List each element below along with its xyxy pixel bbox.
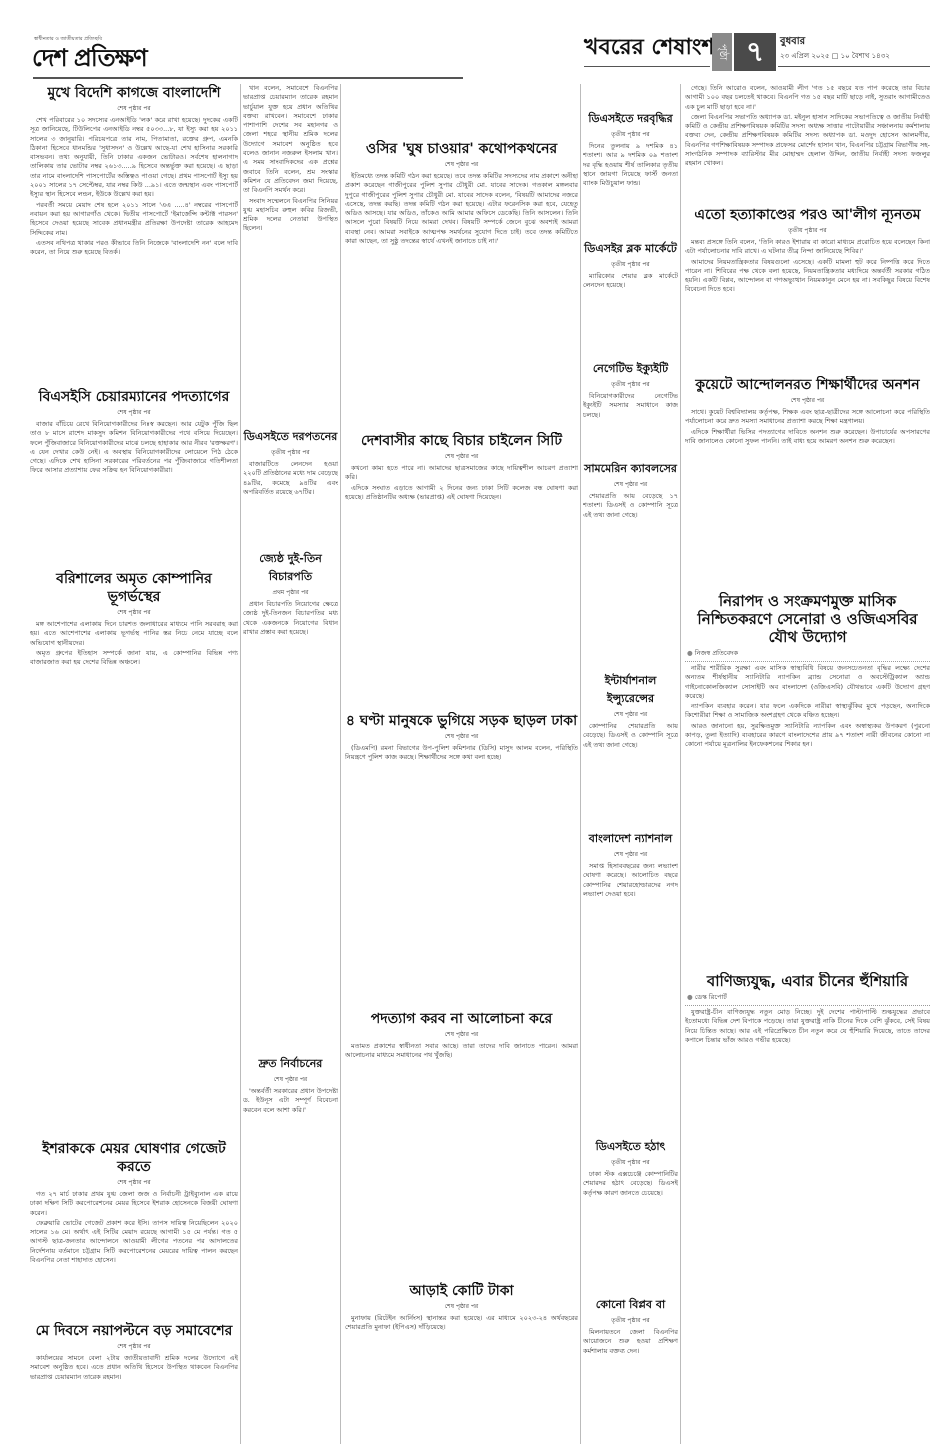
paragraph: এদিকে শিক্ষার্থীরা ভিসির পদত্যাগের দাবিত… bbox=[685, 428, 930, 447]
continuation-note: শেষ পৃষ্ঠার পর bbox=[30, 1341, 238, 1352]
paragraph: ম্যারিকোর শেয়ার ব্লক মার্কেটে লেনদেন হয… bbox=[583, 272, 678, 291]
article-body: কার্যালয়ের সামনে বেলা ২টায় জাতীয়তাবাদ… bbox=[30, 1354, 238, 1382]
continuation-note: তৃতীয় পৃষ্ঠার পর bbox=[685, 225, 930, 236]
paragraph: ন্যাপকিন ব্যবহার করেন। যার ফলে একদিকে না… bbox=[685, 702, 930, 721]
paragraph: মতামত প্রকাশের স্বাধীনতা সবার আছে। তারা … bbox=[345, 1042, 578, 1061]
paragraph: আমাদের নিয়মতান্ত্রিকতার বিষয়গুলো এসেছে… bbox=[685, 258, 930, 295]
continuation-note: শেষ পৃষ্ঠার পর bbox=[583, 479, 678, 490]
article-body: কখনো কাম্য হতে পারে না। আমাদের ছাত্রসমাজ… bbox=[345, 464, 578, 502]
article-body: সাথে। কুয়েট বিশ্ববিদ্যালয় কর্তৃপক্ষ, শ… bbox=[685, 408, 930, 446]
article[interactable]: মুখে বিদেশি কাগজে বাংলাদেশি শেষ পৃষ্ঠার … bbox=[30, 84, 238, 384]
paragraph: সমাপ্ত হিসাববছরের জন্য লভ্যাংশ ঘোষণা করে… bbox=[583, 862, 678, 899]
continuation-note: শেষ পৃষ্ঠার পর bbox=[345, 1029, 578, 1040]
byline: নিজস্ব প্রতিবেদক bbox=[687, 648, 930, 659]
article[interactable]: ডিএসইতে দরপতনের তৃতীয় পৃষ্ঠার পর বাজারট… bbox=[243, 428, 338, 548]
article-headline[interactable]: পদত্যাগ করব না আলোচনা করে bbox=[345, 1010, 578, 1028]
paragraph: আরও জানানো হয়, সুরক্ষিতমুক্ত স্যানিটারি… bbox=[685, 722, 930, 750]
article-headline[interactable]: ৪ ঘণ্টা মানুষকে ভুগিয়ে সড়ক ছাড়ল ঢাকা bbox=[345, 712, 578, 730]
article[interactable]: ডিএসইর ব্লক মার্কেটে তৃতীয় পৃষ্ঠার পর ম… bbox=[583, 240, 678, 360]
article-headline[interactable]: ডিএসইর ব্লক মার্কেটে bbox=[583, 240, 678, 258]
page-number: ৭ bbox=[734, 33, 776, 71]
paragraph: শেখ পরিবারের ১০ সদস্যের এনআইডি 'লক' করে … bbox=[30, 116, 238, 200]
continuation-note: তৃতীয় পৃষ্ঠার পর bbox=[243, 447, 338, 458]
paragraph: গত ২৭ মার্চ ঢাকার প্রথম যুগ্ম জেলা জজ ও … bbox=[30, 1190, 238, 1218]
paragraph: মন্তব্য প্রসঙ্গে তিনি বলেন, 'তিনি কারও ই… bbox=[685, 238, 930, 257]
paragraph: মুনাফায় (রিটেইন আর্নিংস) স্থানান্তর করা… bbox=[345, 1314, 578, 1333]
article-body: সমাপ্ত হিসাববছরের জন্য লভ্যাংশ ঘোষণা করে… bbox=[583, 862, 678, 899]
continuation-note: শেষ পৃষ্ঠার পর bbox=[583, 709, 678, 720]
column-divider bbox=[680, 84, 681, 1444]
article-headline[interactable]: ডিএসইতে হঠাৎ bbox=[583, 1138, 678, 1156]
article-headline[interactable]: আড়াই কোটি টাকা bbox=[345, 1282, 578, 1300]
paragraph: পরবর্তী সময়ে মেয়াদ শেষ হলে ২০১১ সালে '… bbox=[30, 201, 238, 238]
header-rule bbox=[584, 66, 710, 67]
continuation-note: তৃতীয় পৃষ্ঠার পর bbox=[583, 259, 678, 270]
article-body: কোম্পানির শেয়ারপ্রতি আয় বেড়েছে। ডিএসই… bbox=[583, 722, 678, 750]
article-headline[interactable]: দেশবাসীর কাছে বিচার চাইলেন সিটি bbox=[345, 432, 578, 450]
article[interactable]: বিএসইসি চেয়ারম্যানের পদত্যাগের শেষ পৃষ্… bbox=[30, 388, 238, 566]
continuation-note: শেষ পৃষ্ঠার পর bbox=[345, 731, 578, 742]
article-headline[interactable]: বাণিজ্যযুদ্ধ, এবার চীনের হুঁশিয়ারি bbox=[685, 972, 930, 990]
continuation-note: তৃতীয় পৃষ্ঠার পর bbox=[583, 129, 678, 140]
article[interactable]: সামমেরিন ক্যাবলসের শেষ পৃষ্ঠার পর শেয়ার… bbox=[583, 460, 678, 660]
newspaper-logo[interactable]: দেশ প্রতিক্ষণ bbox=[32, 40, 147, 80]
paragraph: সাথে। কুয়েট বিশ্ববিদ্যালয় কর্তৃপক্ষ, শ… bbox=[685, 408, 930, 427]
paragraph: নারীর শারীরিক সুরক্ষা এবং মাসিক স্বাস্থ্… bbox=[685, 664, 930, 701]
continuation-note: শেষ পৃষ্ঠার পর bbox=[30, 1177, 238, 1188]
continuation-note: শেষ পৃষ্ঠার পর bbox=[30, 103, 238, 114]
article[interactable]: গেছে। তিনি আরোও বলেন, আওয়ামী লীগ 'গত ১৫… bbox=[685, 84, 930, 204]
article-headline[interactable]: ডিএসইতে দরবৃদ্ধির bbox=[583, 110, 678, 128]
paragraph: ফেব্রুয়ারি ভোটের গেজেট প্রকাশ করে ইসি। … bbox=[30, 1219, 238, 1265]
article[interactable]: বাণিজ্যযুদ্ধ, এবার চীনের হুঁশিয়ারি ডেস্… bbox=[685, 972, 930, 1442]
continuation-note: শেষ পৃষ্ঠার পর bbox=[345, 159, 578, 170]
continuation-note: তৃতীয় পৃষ্ঠার পর bbox=[583, 1315, 678, 1326]
article-body: মিলনায়তনে জেলা বিএনপির আয়োজনে শুরু হওয… bbox=[583, 1328, 678, 1356]
paragraph: দিনের তুলনায় ৯ দশমিক ৪১ শতাংশ। আর ৯ দশম… bbox=[583, 142, 678, 188]
paragraph: প্রধান বিচারপতি নিয়োগের ক্ষেত্রে জ্যেষ্… bbox=[243, 600, 338, 637]
article-body: মতামত প্রকাশের স্বাধীনতা সবার আছে। তারা … bbox=[345, 1042, 578, 1061]
article-body: বাজার বাঁচিয়ে রেখে বিনিয়োগকারীদের নিঃস… bbox=[30, 420, 238, 476]
article-headline[interactable]: জ্যেষ্ঠ দুই-তিন বিচারপতি bbox=[243, 550, 338, 586]
article[interactable]: ওসির 'ঘুষ চাওয়ার' কথোপকথনের শেষ পৃষ্ঠার… bbox=[345, 140, 578, 430]
page-label: পৃষ্ঠা bbox=[712, 33, 732, 71]
continuation-note: তৃতীয় পৃষ্ঠার পর bbox=[583, 1157, 678, 1168]
article[interactable]: দেশবাসীর কাছে বিচার চাইলেন সিটি শেষ পৃষ্… bbox=[345, 432, 578, 712]
paragraph: খান বলেন, সমাবেশে বিএনপির ভারপ্রাপ্ত চেয… bbox=[243, 84, 338, 196]
article[interactable]: এতো হত্যাকাণ্ডের পরও আ'লীগ ন্যূনতম তৃতীয… bbox=[685, 206, 930, 371]
article-body: (ডিএমপি) রমনা বিভাগের উপ-পুলিশ কমিশনার (… bbox=[345, 744, 578, 763]
article[interactable]: বরিশালের অমৃত কোম্পানির ভূগর্ভস্থের শেষ … bbox=[30, 570, 238, 1070]
article-body: মন্তব্য প্রসঙ্গে তিনি বলেন, 'তিনি কারও ই… bbox=[685, 238, 930, 295]
paragraph: মিলনায়তনে জেলা বিএনপির আয়োজনে শুরু হওয… bbox=[583, 1328, 678, 1356]
article-headline[interactable]: ইন্টার্যাশনাল ইন্স্যুরেন্সের bbox=[583, 672, 678, 708]
paragraph: ইতিমধ্যে তদন্ত কমিটি গঠন করা হয়েছে। তবে… bbox=[345, 172, 578, 246]
article-headline[interactable]: দ্রুত নির্বাচনের bbox=[243, 1055, 338, 1073]
article[interactable]: ডিএসইতে দরবৃদ্ধির তৃতীয় পৃষ্ঠার পর দিনে… bbox=[583, 110, 678, 240]
issue-date: ২৩ এপ্রিল ২০২৫ □ ১০ বৈশাখ ১৪৩২ bbox=[780, 50, 890, 62]
paragraph: 'অন্তর্বর্তী সরকারের প্রধান উপদেষ্টা ড. … bbox=[243, 1087, 338, 1115]
article-body: শেয়ারপ্রতি আয় বেড়েছে ১৭ শতাংশ। ডিএসই … bbox=[583, 492, 678, 520]
article-body: শেখ পরিবারের ১০ সদস্যের এনআইডি 'লক' করে … bbox=[30, 116, 238, 257]
article[interactable]: ডিএসইতে হঠাৎ তৃতীয় পৃষ্ঠার পর ঢাকা স্টক… bbox=[583, 1138, 678, 1288]
continuation-note: শেষ পৃষ্ঠার পর bbox=[345, 1301, 578, 1312]
article-headline[interactable]: বরিশালের অমৃত কোম্পানির ভূগর্ভস্থের bbox=[30, 570, 238, 606]
article-body: 'অন্তর্বর্তী সরকারের প্রধান উপদেষ্টা ড. … bbox=[243, 1087, 338, 1115]
article-body: বাজারটিতে লেনদেন হওয়া ২২০টি প্রতিষ্ঠানে… bbox=[243, 460, 338, 497]
article-headline[interactable]: মুখে বিদেশি কাগজে বাংলাদেশি bbox=[30, 84, 238, 102]
divider bbox=[685, 661, 930, 662]
article-body: যুক্তরাষ্ট্র-চীন বাণিজ্যযুদ্ধ নতুন মোড় … bbox=[685, 1008, 930, 1045]
paragraph: (ডিএমপি) রমনা বিভাগের উপ-পুলিশ কমিশনার (… bbox=[345, 744, 578, 763]
section-title: খবরের শেষাংশ bbox=[584, 30, 714, 67]
divider bbox=[685, 1005, 930, 1006]
paragraph: এতসব নথিপত্র থাকার পরও কীভাবে তিনি নিজেক… bbox=[30, 239, 238, 258]
article-body: গেছে। তিনি আরোও বলেন, আওয়ামী লীগ 'গত ১৫… bbox=[685, 84, 930, 169]
article-headline[interactable]: বাংলাদেশ ন্যাশনাল bbox=[583, 830, 678, 848]
masthead: স্বাধীনতার ও জাতীয়তার প্রতিচ্ছবি দেশ প্… bbox=[0, 0, 945, 80]
article-headline[interactable]: বিএসইসি চেয়ারম্যানের পদত্যাগের bbox=[30, 388, 238, 406]
header-rule bbox=[778, 66, 930, 67]
article[interactable]: দ্রুত নির্বাচনের শেষ পৃষ্ঠার পর 'অন্তর্ব… bbox=[243, 1055, 338, 1435]
article[interactable]: ৪ ঘণ্টা মানুষকে ভুগিয়ে সড়ক ছাড়ল ঢাকা … bbox=[345, 712, 578, 1002]
article-body: বিনিয়োগকারীদের নেগেটিভ ইক্যুইটি সমস্যার… bbox=[583, 392, 678, 420]
article[interactable]: খান বলেন, সমাবেশে বিএনপির ভারপ্রাপ্ত চেয… bbox=[243, 84, 338, 424]
paragraph: অমৃত গ্রুপের ইতিহাস সম্পর্কে জানা যায়, … bbox=[30, 649, 238, 668]
article-headline[interactable]: ওসির 'ঘুষ চাওয়ার' কথোপকথনের bbox=[345, 140, 578, 158]
article-body: ম্যারিকোর শেয়ার ব্লক মার্কেটে লেনদেন হয… bbox=[583, 272, 678, 291]
paragraph: ঢাকা স্টক এক্সচেঞ্জে কোম্পানিটির শেয়ারদ… bbox=[583, 1170, 678, 1198]
article-body: ঢাকা স্টক এক্সচেঞ্জে কোম্পানিটির শেয়ারদ… bbox=[583, 1170, 678, 1198]
continuation-note: শেষ পৃষ্ঠার পর bbox=[243, 1074, 338, 1085]
column-divider bbox=[240, 84, 241, 1444]
paragraph: যুক্তরাষ্ট্র-চীন বাণিজ্যযুদ্ধ নতুন মোড় … bbox=[685, 1008, 930, 1045]
paragraph: কার্যালয়ের সামনে বেলা ২টায় জাতীয়তাবাদ… bbox=[30, 1354, 238, 1382]
article-body: প্রধান বিচারপতি নিয়োগের ক্ষেত্রে জ্যেষ্… bbox=[243, 600, 338, 637]
byline: ডেস্ক রিপোর্ট bbox=[687, 992, 930, 1003]
continuation-note: তৃতীয় পৃষ্ঠার পর bbox=[583, 379, 678, 390]
paragraph: গেছে। তিনি আরোও বলেন, আওয়ামী লীগ 'গত ১৫… bbox=[685, 84, 930, 112]
article[interactable]: বাংলাদেশ ন্যাশনাল শেষ পৃষ্ঠার পর সমাপ্ত … bbox=[583, 830, 678, 1060]
article-body: মুনাফায় (রিটেইন আর্নিংস) স্থানান্তর করা… bbox=[345, 1314, 578, 1333]
article[interactable]: আড়াই কোটি টাকা শেষ পৃষ্ঠার পর মুনাফায় … bbox=[345, 1282, 578, 1442]
article[interactable]: কোনো বিপ্লব বা তৃতীয় পৃষ্ঠার পর মিলনায়… bbox=[583, 1296, 678, 1442]
header-rule bbox=[33, 77, 463, 79]
column-divider bbox=[340, 84, 341, 1444]
issue-day: বুধবার bbox=[780, 34, 805, 51]
article-body: ইতিমধ্যে তদন্ত কমিটি গঠন করা হয়েছে। তবে… bbox=[345, 172, 578, 246]
article-headline[interactable]: কুয়েটে আন্দোলনরত শিক্ষার্থীদের অনশন bbox=[685, 376, 930, 394]
paragraph: জেলা বিএনপির সভাপতি অধ্যাপক ডা. মইনুল হা… bbox=[685, 113, 930, 169]
article-body: নারীর শারীরিক সুরক্ষা এবং মাসিক স্বাস্থ্… bbox=[685, 664, 930, 750]
article[interactable]: ইন্টার্যাশনাল ইন্স্যুরেন্সের শেষ পৃষ্ঠার… bbox=[583, 672, 678, 822]
article-headline[interactable]: ডিএসইতে দরপতনের bbox=[243, 428, 338, 446]
article[interactable]: নিরাপদ ও সংক্রমণমুক্ত মাসিক নিশ্চিতকরণে … bbox=[685, 592, 930, 966]
article-body: গত ২৭ মার্চ ঢাকার প্রথম যুগ্ম জেলা জজ ও … bbox=[30, 1190, 238, 1265]
article[interactable]: জ্যেষ্ঠ দুই-তিন বিচারপতি প্রথম পৃষ্ঠার প… bbox=[243, 550, 338, 950]
continuation-note: শেষ পৃষ্ঠার পর bbox=[685, 395, 930, 406]
paragraph: বাজার বাঁচিয়ে রেখে বিনিয়োগকারীদের নিঃস… bbox=[30, 420, 238, 476]
article[interactable]: পদত্যাগ করব না আলোচনা করে শেষ পৃষ্ঠার পর… bbox=[345, 1010, 578, 1260]
paragraph: কখনো কাম্য হতে পারে না। আমাদের ছাত্রসমাজ… bbox=[345, 464, 578, 483]
article-body: মঙ্গ আশেপাশের এলাকায় দিনে চারশত জলাধারে… bbox=[30, 620, 238, 667]
article-headline[interactable]: মে দিবসে নয়াপল্টনে বড় সমাবেশের bbox=[30, 1322, 238, 1340]
article[interactable]: নেগেটিভ ইক্যুইটি তৃতীয় পৃষ্ঠার পর বিনিয… bbox=[583, 360, 678, 460]
continuation-note: শেষ পৃষ্ঠার পর bbox=[30, 607, 238, 618]
article-headline[interactable]: ইশরাককে মেয়র ঘোষণার গেজেট করতে bbox=[30, 1140, 238, 1176]
column-divider bbox=[580, 84, 581, 1444]
paragraph: বাজারটিতে লেনদেন হওয়া ২২০টি প্রতিষ্ঠানে… bbox=[243, 460, 338, 497]
paragraph: মঙ্গ আশেপাশের এলাকায় দিনে চারশত জলাধারে… bbox=[30, 620, 238, 648]
article-headline[interactable]: সামমেরিন ক্যাবলসের bbox=[583, 460, 678, 478]
article[interactable]: কুয়েটে আন্দোলনরত শিক্ষার্থীদের অনশন শেষ… bbox=[685, 376, 930, 586]
article-body: দিনের তুলনায় ৯ দশমিক ৪১ শতাংশ। আর ৯ দশম… bbox=[583, 142, 678, 188]
continuation-note: শেষ পৃষ্ঠার পর bbox=[583, 849, 678, 860]
continuation-note: শেষ পৃষ্ঠার পর bbox=[345, 451, 578, 462]
article-body: খান বলেন, সমাবেশে বিএনপির ভারপ্রাপ্ত চেয… bbox=[243, 84, 338, 234]
article-headline[interactable]: নেগেটিভ ইক্যুইটি bbox=[583, 360, 678, 378]
article[interactable]: ইশরাককে মেয়র ঘোষণার গেজেট করতে শেষ পৃষ্… bbox=[30, 1140, 238, 1320]
paragraph: এদিকে সংঘাত এড়াতে আগামী ২ দিনের জন্য ঢা… bbox=[345, 484, 578, 503]
article-headline[interactable]: নিরাপদ ও সংক্রমণমুক্ত মাসিক নিশ্চিতকরণে … bbox=[685, 592, 930, 646]
article[interactable]: মে দিবসে নয়াপল্টনে বড় সমাবেশের শেষ পৃষ… bbox=[30, 1322, 238, 1442]
article-headline[interactable]: এতো হত্যাকাণ্ডের পরও আ'লীগ ন্যূনতম bbox=[685, 206, 930, 224]
article-headline[interactable]: কোনো বিপ্লব বা bbox=[583, 1296, 678, 1314]
paragraph: বিনিয়োগকারীদের নেগেটিভ ইক্যুইটি সমস্যার… bbox=[583, 392, 678, 420]
paragraph: কোম্পানির শেয়ারপ্রতি আয় বেড়েছে। ডিএসই… bbox=[583, 722, 678, 750]
continuation-note: প্রথম পৃষ্ঠার পর bbox=[243, 587, 338, 598]
continuation-note: শেষ পৃষ্ঠার পর bbox=[30, 407, 238, 418]
paragraph: শেয়ারপ্রতি আয় বেড়েছে ১৭ শতাংশ। ডিএসই … bbox=[583, 492, 678, 520]
paragraph: সংবাদ সম্মেলনে বিএনপির সিনিয়র যুগ্ম মহা… bbox=[243, 197, 338, 234]
